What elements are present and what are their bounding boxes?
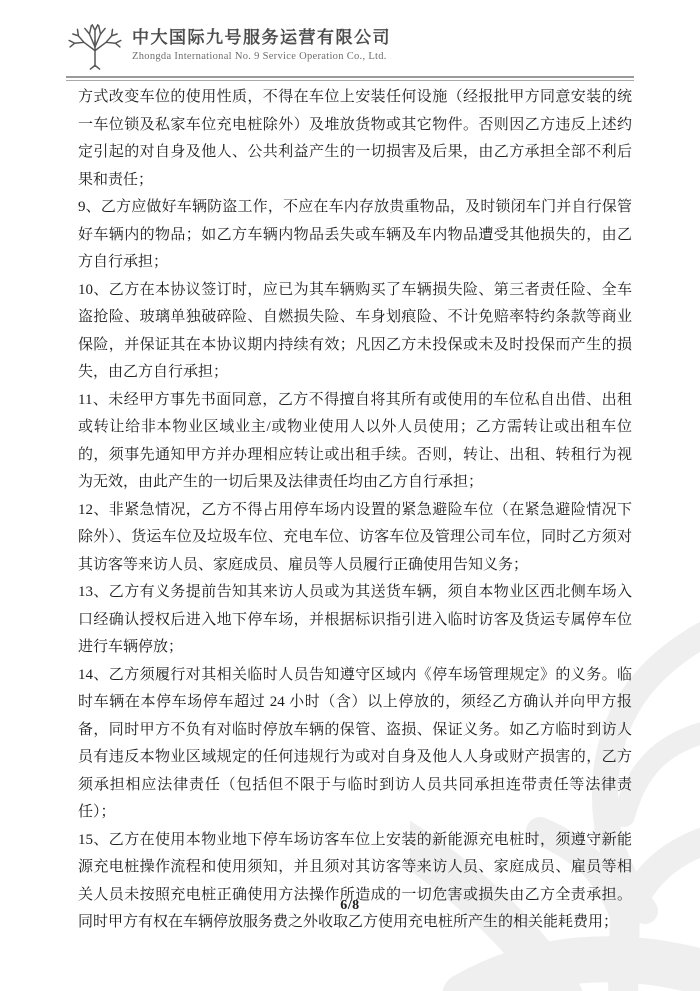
document-page: 中大国际九号服务运营有限公司 Zhongda International No.… bbox=[0, 0, 700, 991]
header-divider bbox=[66, 76, 634, 81]
contract-clause-15: 15、乙方在使用本物业地下停车场访客车位上安装的新能源充电桩时，须遵守新能源充电… bbox=[78, 827, 632, 937]
contract-clause-10: 10、乙方在本协议签订时，应已为其车辆购买了车辆损失险、第三者责任险、全车盗抢险… bbox=[78, 277, 632, 387]
company-name-cn: 中大国际九号服务运营有限公司 bbox=[132, 27, 391, 49]
company-name-en: Zhongda International No. 9 Service Oper… bbox=[132, 49, 391, 64]
contract-clause-12: 12、非紧急情况，乙方不得占用停车场内设置的紧急避险车位（在紧急避险情况下除外）… bbox=[78, 497, 632, 580]
letterhead: 中大国际九号服务运营有限公司 Zhongda International No.… bbox=[66, 22, 634, 74]
company-name-block: 中大国际九号服务运营有限公司 Zhongda International No.… bbox=[132, 22, 391, 64]
contract-clause-continuation: 方式改变车位的使用性质，不得在车位上安装任何设施（经报批甲方同意安装的统一车位锁… bbox=[78, 84, 632, 194]
contract-clause-14: 14、乙方须履行对其相关临时人员告知遵守区域内《停车场管理规定》的义务。临时车辆… bbox=[78, 662, 632, 827]
page-footer: 6/8 bbox=[0, 896, 700, 914]
page-number: 6/8 bbox=[340, 898, 359, 913]
contract-clause-13: 13、乙方有义务提前告知其来访人员或为其送货车辆，须自本物业区西北侧车场入口经确… bbox=[78, 579, 632, 662]
contract-body: 方式改变车位的使用性质，不得在车位上安装任何设施（经报批甲方同意安装的统一车位锁… bbox=[78, 84, 632, 937]
tree-logo-icon bbox=[66, 22, 124, 70]
contract-clause-11: 11、未经甲方事先书面同意，乙方不得擅自将其所有或使用的车位私自出借、出租或转让… bbox=[78, 387, 632, 497]
contract-clause-9: 9、乙方应做好车辆防盗工作，不应在车内存放贵重物品，及时锁闭车门并自行保管好车辆… bbox=[78, 194, 632, 277]
